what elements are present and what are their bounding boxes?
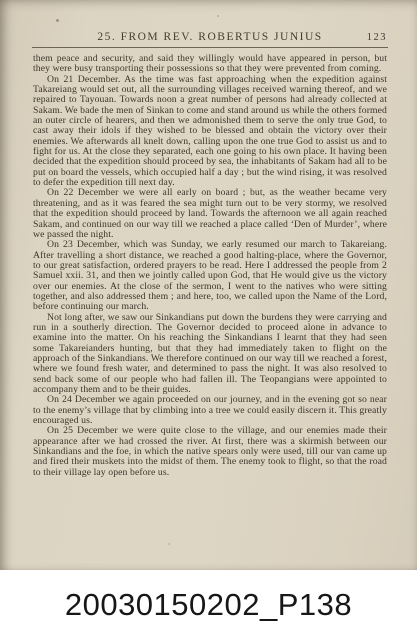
scanned-page-frame: 25. FROM REV. ROBERTUS JUNIUS 123 them p… <box>0 0 417 640</box>
paragraph-continuation: them peace and security, and said they w… <box>33 54 387 75</box>
running-head: 25. FROM REV. ROBERTUS JUNIUS 123 <box>33 31 387 43</box>
paragraph-dec-21: On 21 December. As the time was fast app… <box>33 75 387 189</box>
paper-speck <box>168 543 170 545</box>
caption-bar: 20030150202_P138 <box>0 570 417 640</box>
paper-speck <box>56 19 59 22</box>
paragraph-dec-25: On 25 December we were quite close to th… <box>33 426 387 478</box>
paragraph-dec-22: On 22 December we were all early on boar… <box>33 188 387 240</box>
chapter-title: 25. FROM REV. ROBERTUS JUNIUS <box>97 31 322 43</box>
book-page: 25. FROM REV. ROBERTUS JUNIUS 123 them p… <box>0 0 417 570</box>
page-body: them peace and security, and said they w… <box>33 54 387 478</box>
archive-id-label: 20030150202_P138 <box>65 587 352 623</box>
header-rule <box>32 47 388 48</box>
paragraph-dec-24: On 24 December we again proceeded on our… <box>33 395 387 426</box>
paper-speck <box>217 15 219 17</box>
paragraph-sinkandians: Not long after, we saw our Sinkandians p… <box>33 313 387 396</box>
page-number: 123 <box>367 32 387 43</box>
paragraph-dec-23: On 23 December, which was Sunday, we ear… <box>33 240 387 312</box>
